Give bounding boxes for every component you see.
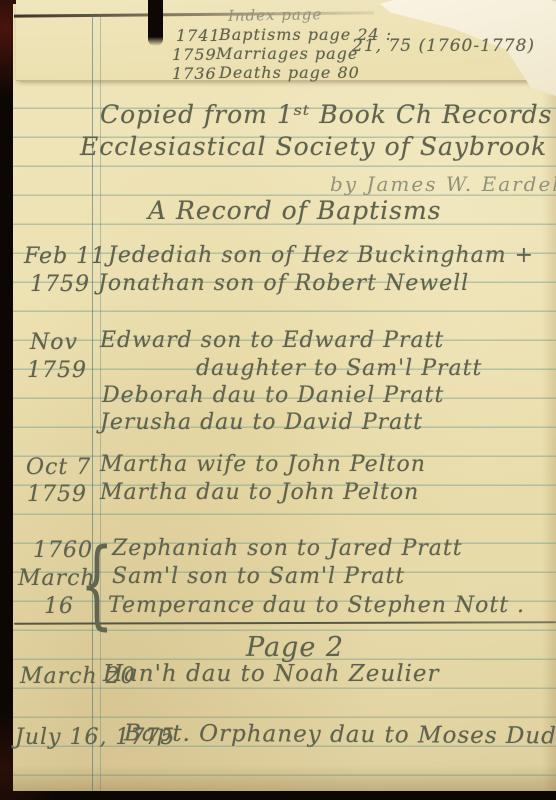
entry-date: 16 bbox=[44, 594, 74, 619]
entry-line: Jonathan son of Robert Newell bbox=[98, 271, 469, 296]
page2-title: Page 2 bbox=[246, 632, 344, 663]
entry-date: 1759 bbox=[27, 482, 87, 507]
record-title: A Record of Baptisms bbox=[148, 196, 442, 225]
index-row-year: 1759 bbox=[172, 45, 217, 64]
entry-line: Martha dau to John Pelton bbox=[100, 480, 419, 505]
index-row-year: 1741 bbox=[176, 26, 221, 45]
index-row-note: 21, 75 (1760-1778) bbox=[352, 36, 535, 56]
entry-date: Oct 7 bbox=[26, 455, 91, 480]
entry-date: Feb 11 bbox=[24, 244, 106, 269]
entry-line: Temperance dau to Stephen Nott . bbox=[108, 593, 525, 618]
index-row-label: Marriages page bbox=[216, 44, 358, 63]
entry-line: Jerusha dau to David Pratt bbox=[100, 410, 423, 435]
header-copied-line: Copied from 1ˢᵗ Book Ch Records 2ⁿᵈ bbox=[100, 100, 556, 129]
record-line: Han'h dau to Noah Zeulier bbox=[103, 661, 440, 687]
header-byline: by James W. Eardeley bbox=[330, 172, 556, 196]
tear-notch bbox=[148, 0, 163, 46]
entry-line: daughter to Sam'l Pratt bbox=[196, 356, 482, 381]
entry-brace: { bbox=[80, 528, 114, 640]
index-row-year: 1736 bbox=[172, 64, 217, 83]
index-title: Index page bbox=[228, 5, 323, 25]
scanned-ledger-page: Index page 1741 Baptisms page 24 : 1759 … bbox=[0, 0, 556, 800]
entry-line: Deborah dau to Daniel Pratt bbox=[102, 383, 444, 408]
header-society-line: Ecclesiastical Society of Saybrook Ct., bbox=[80, 132, 556, 161]
entry-line: Sam'l son to Sam'l Pratt bbox=[112, 564, 405, 589]
entry-line: Edward son to Edward Pratt bbox=[100, 328, 444, 353]
entry-date: 1759 bbox=[27, 358, 87, 383]
index-row-label: Deaths page 80 bbox=[219, 63, 360, 82]
entry-date: 1759 bbox=[30, 272, 90, 297]
entry-line: Jedediah son of Hez Buckingham + bbox=[108, 243, 534, 268]
record-line: Bapt. Orphaney dau to Moses Dudley bbox=[124, 720, 556, 749]
entry-line: Zephaniah son to Jared Pratt bbox=[112, 536, 463, 561]
entry-date: Nov bbox=[30, 330, 78, 355]
entry-line: Martha wife to John Pelton bbox=[100, 452, 426, 477]
